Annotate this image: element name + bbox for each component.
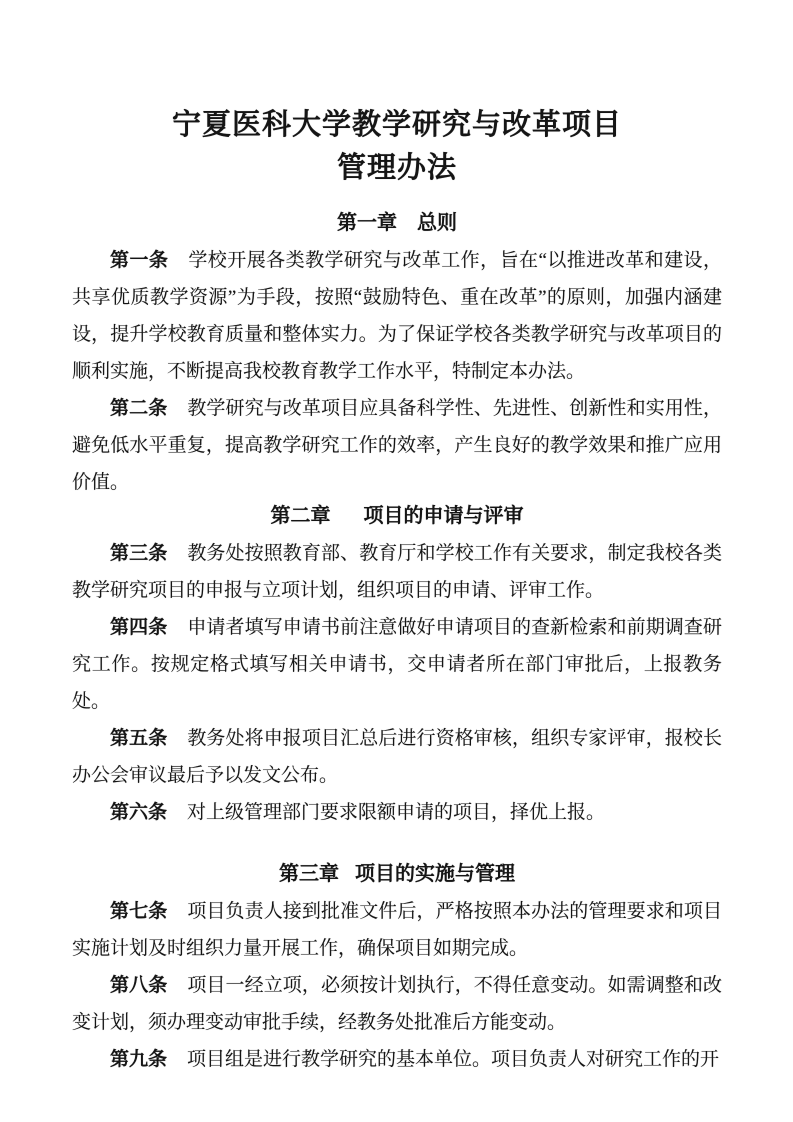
article-2-text: 教学研究与改革项目应具备科学性、先进性、创新性和实用性，避免低水平重复，提高教学… [72,398,722,493]
article-1: 第一条学校开展各类教学研究与改革工作，旨在“以推进改革和建设，共享优质教学资源”… [72,242,722,390]
chapter-3-heading: 第三章项目的实施与管理 [72,859,722,889]
document-title-line1: 宁夏医科大学教学研究与改革项目 [72,104,722,147]
chapter-2-number: 第二章 [271,505,331,527]
article-9: 第九条项目组是进行教学研究的基本单位。项目负责人对研究工作的开 [72,1041,722,1078]
article-6-label: 第六条 [110,802,167,823]
article-4-label: 第四条 [110,617,167,638]
chapter-1-name: 总则 [417,212,457,234]
article-2: 第二条教学研究与改革项目应具备科学性、先进性、创新性和实用性，避免低水平重复，提… [72,390,722,501]
article-8: 第八条项目一经立项，必须按计划执行，不得任意变动。如需调整和改变计划，须办理变动… [72,967,722,1041]
article-5-label: 第五条 [110,728,167,749]
article-1-label: 第一条 [110,250,168,271]
article-6: 第六条对上级管理部门要求限额申请的项目，择优上报。 [72,794,722,831]
article-7-label: 第七条 [110,901,167,922]
document-page: 宁夏医科大学教学研究与改革项目 管理办法 第一章总则 第一条学校开展各类教学研究… [0,0,793,1122]
article-5: 第五条教务处将申报项目汇总后进行资格审核，组织专家评审，报校长办公会审议最后予以… [72,720,722,794]
chapter-1-number: 第一章 [337,212,397,234]
article-5-text: 教务处将申报项目汇总后进行资格审核，组织专家评审，报校长办公会审议最后予以发文公… [72,728,722,786]
chapter-3-number: 第三章 [279,863,339,885]
article-2-label: 第二条 [110,398,167,419]
chapter-3-name: 项目的实施与管理 [355,863,515,885]
article-4: 第四条申请者填写申请书前注意做好申请项目的查新检索和前期调查研究工作。按规定格式… [72,609,722,720]
chapter-2-heading: 第二章项目的申请与评审 [72,501,722,531]
article-7: 第七条项目负责人接到批准文件后，严格按照本办法的管理要求和项目实施计划及时组织力… [72,893,722,967]
article-3-label: 第三条 [110,543,167,564]
article-9-label: 第九条 [110,1049,167,1070]
article-4-text: 申请者填写申请书前注意做好申请项目的查新检索和前期调查研究工作。按规定格式填写相… [72,617,722,712]
document-title: 宁夏医科大学教学研究与改革项目 管理办法 [72,104,722,190]
article-1-text: 学校开展各类教学研究与改革工作，旨在“以推进改革和建设，共享优质教学资源”为手段… [72,250,722,382]
article-8-label: 第八条 [110,975,167,996]
chapter-2-name: 项目的申请与评审 [364,505,524,527]
article-8-text: 项目一经立项，必须按计划执行，不得任意变动。如需调整和改变计划，须办理变动审批手… [72,975,722,1033]
document-title-line2: 管理办法 [72,147,722,190]
article-3-text: 教务处按照教育部、教育厅和学校工作有关要求，制定我校各类教学研究项目的申报与立项… [72,543,722,601]
chapter-1-heading: 第一章总则 [72,208,722,238]
article-6-text: 对上级管理部门要求限额申请的项目，择优上报。 [187,802,605,823]
article-7-text: 项目负责人接到批准文件后，严格按照本办法的管理要求和项目实施计划及时组织力量开展… [72,901,722,959]
article-9-text: 项目组是进行教学研究的基本单位。项目负责人对研究工作的开 [187,1049,719,1070]
article-3: 第三条教务处按照教育部、教育厅和学校工作有关要求，制定我校各类教学研究项目的申报… [72,535,722,609]
